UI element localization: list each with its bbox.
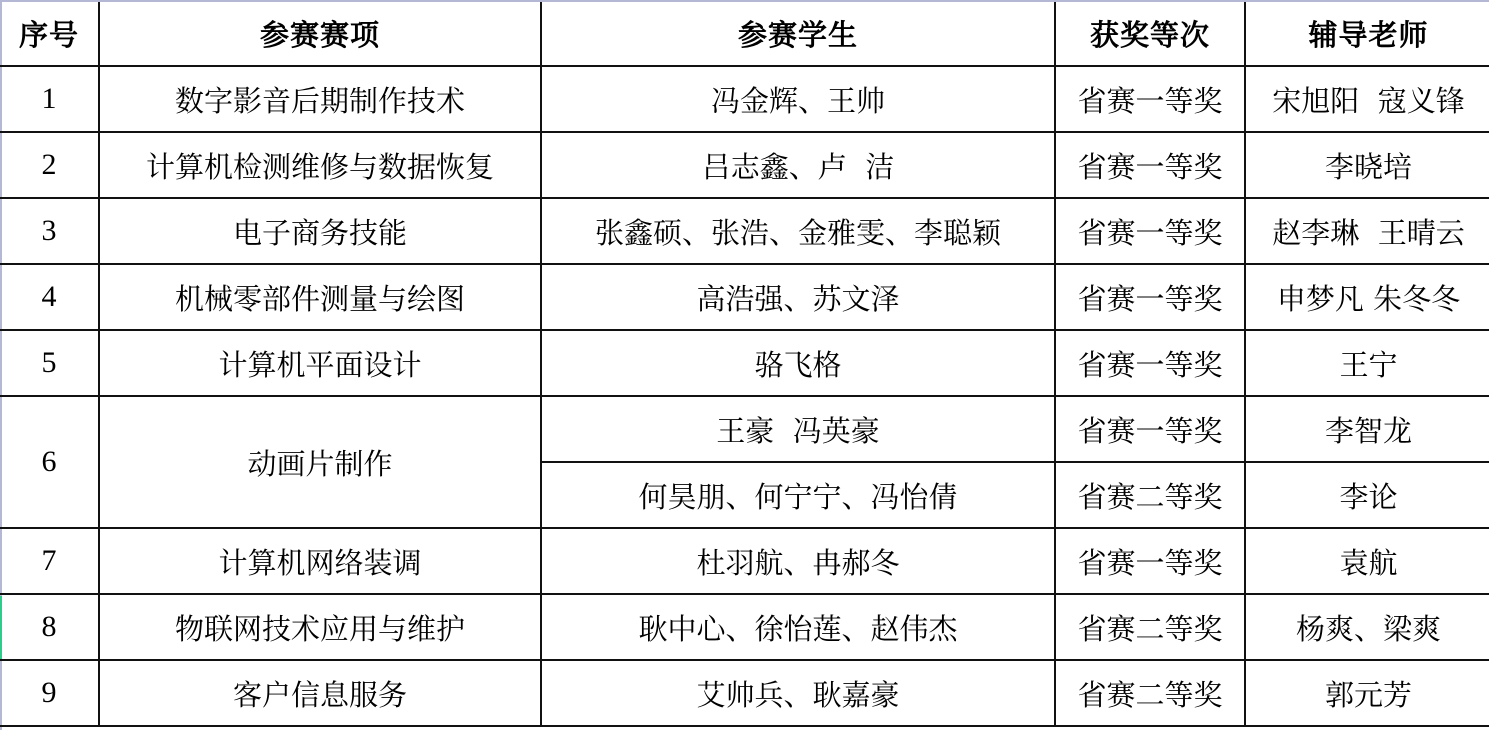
cell-award[interactable]: 省赛二等奖 bbox=[1055, 660, 1245, 726]
cell-index[interactable]: 5 bbox=[0, 330, 99, 396]
cell-event[interactable]: 数字影音后期制作技术 bbox=[99, 66, 541, 132]
cell-award[interactable]: 省赛一等奖 bbox=[1055, 66, 1245, 132]
header-row: 序号 参赛赛项 参赛学生 获奖等次 辅导老师 bbox=[0, 2, 1489, 66]
table-row: 1 数字影音后期制作技术 冯金辉、王帅 省赛一等奖 宋旭阳 寇义锋 bbox=[0, 66, 1489, 132]
cell-event[interactable]: 物联网技术应用与维护 bbox=[99, 594, 541, 660]
cell-students[interactable]: 艾帅兵、耿嘉豪 bbox=[541, 660, 1055, 726]
cell-award[interactable]: 省赛二等奖 bbox=[1055, 462, 1245, 528]
table-row: 8 物联网技术应用与维护 耿中心、徐怡莲、赵伟杰 省赛二等奖 杨爽、梁爽 bbox=[0, 594, 1489, 660]
cell-event[interactable]: 计算机网络装调 bbox=[99, 528, 541, 594]
header-event[interactable]: 参赛赛项 bbox=[99, 2, 541, 66]
header-award[interactable]: 获奖等次 bbox=[1055, 2, 1245, 66]
cell-award[interactable]: 省赛一等奖 bbox=[1055, 264, 1245, 330]
cell-index[interactable]: 1 bbox=[0, 66, 99, 132]
cell-award[interactable]: 省赛二等奖 bbox=[1055, 594, 1245, 660]
awards-table: 序号 参赛赛项 参赛学生 获奖等次 辅导老师 1 数字影音后期制作技术 冯金辉、… bbox=[0, 2, 1489, 727]
cell-students[interactable]: 吕志鑫、卢 洁 bbox=[541, 132, 1055, 198]
cell-index[interactable]: 9 bbox=[0, 660, 99, 726]
header-students[interactable]: 参赛学生 bbox=[541, 2, 1055, 66]
cell-event[interactable]: 计算机检测维修与数据恢复 bbox=[99, 132, 541, 198]
cell-students[interactable]: 骆飞格 bbox=[541, 330, 1055, 396]
cell-teachers[interactable]: 李智龙 bbox=[1245, 396, 1489, 462]
header-teachers[interactable]: 辅导老师 bbox=[1245, 2, 1489, 66]
cell-students[interactable]: 冯金辉、王帅 bbox=[541, 66, 1055, 132]
cell-award[interactable]: 省赛一等奖 bbox=[1055, 528, 1245, 594]
cell-index[interactable]: 8 bbox=[0, 594, 99, 660]
cell-event[interactable]: 客户信息服务 bbox=[99, 660, 541, 726]
cell-students[interactable]: 耿中心、徐怡莲、赵伟杰 bbox=[541, 594, 1055, 660]
cell-students[interactable]: 杜羽航、冉郝冬 bbox=[541, 528, 1055, 594]
table-row: 3 电子商务技能 张鑫硕、张浩、金雅雯、李聪颖 省赛一等奖 赵李琳 王晴云 bbox=[0, 198, 1489, 264]
cell-students[interactable]: 王豪 冯英豪 bbox=[541, 396, 1055, 462]
table-row: 5 计算机平面设计 骆飞格 省赛一等奖 王宁 bbox=[0, 330, 1489, 396]
cell-teachers[interactable]: 袁航 bbox=[1245, 528, 1489, 594]
table-row: 6 动画片制作 王豪 冯英豪 省赛一等奖 李智龙 bbox=[0, 396, 1489, 462]
cell-teachers[interactable]: 宋旭阳 寇义锋 bbox=[1245, 66, 1489, 132]
cell-teachers[interactable]: 郭元芳 bbox=[1245, 660, 1489, 726]
cell-index[interactable]: 4 bbox=[0, 264, 99, 330]
cell-event[interactable]: 机械零部件测量与绘图 bbox=[99, 264, 541, 330]
cell-teachers[interactable]: 杨爽、梁爽 bbox=[1245, 594, 1489, 660]
cell-teachers[interactable]: 李论 bbox=[1245, 462, 1489, 528]
cell-event[interactable]: 电子商务技能 bbox=[99, 198, 541, 264]
cell-award[interactable]: 省赛一等奖 bbox=[1055, 396, 1245, 462]
cell-teachers[interactable]: 王宁 bbox=[1245, 330, 1489, 396]
cell-students[interactable]: 张鑫硕、张浩、金雅雯、李聪颖 bbox=[541, 198, 1055, 264]
table-row: 4 机械零部件测量与绘图 高浩强、苏文泽 省赛一等奖 申梦凡 朱冬冬 bbox=[0, 264, 1489, 330]
cell-event[interactable]: 动画片制作 bbox=[99, 396, 541, 528]
table-row: 7 计算机网络装调 杜羽航、冉郝冬 省赛一等奖 袁航 bbox=[0, 528, 1489, 594]
cell-teachers[interactable]: 李晓培 bbox=[1245, 132, 1489, 198]
cell-index[interactable]: 7 bbox=[0, 528, 99, 594]
cell-award[interactable]: 省赛一等奖 bbox=[1055, 330, 1245, 396]
cell-award[interactable]: 省赛一等奖 bbox=[1055, 132, 1245, 198]
cell-award[interactable]: 省赛一等奖 bbox=[1055, 198, 1245, 264]
cell-students[interactable]: 何昊朋、何宁宁、冯怡倩 bbox=[541, 462, 1055, 528]
cell-teachers[interactable]: 赵李琳 王晴云 bbox=[1245, 198, 1489, 264]
cell-teachers[interactable]: 申梦凡 朱冬冬 bbox=[1245, 264, 1489, 330]
table-row: 2 计算机检测维修与数据恢复 吕志鑫、卢 洁 省赛一等奖 李晓培 bbox=[0, 132, 1489, 198]
cell-index[interactable]: 3 bbox=[0, 198, 99, 264]
cell-students[interactable]: 高浩强、苏文泽 bbox=[541, 264, 1055, 330]
header-index[interactable]: 序号 bbox=[0, 2, 99, 66]
cell-index[interactable]: 6 bbox=[0, 396, 99, 528]
cell-index[interactable]: 2 bbox=[0, 132, 99, 198]
table-row: 9 客户信息服务 艾帅兵、耿嘉豪 省赛二等奖 郭元芳 bbox=[0, 660, 1489, 726]
cell-event[interactable]: 计算机平面设计 bbox=[99, 330, 541, 396]
